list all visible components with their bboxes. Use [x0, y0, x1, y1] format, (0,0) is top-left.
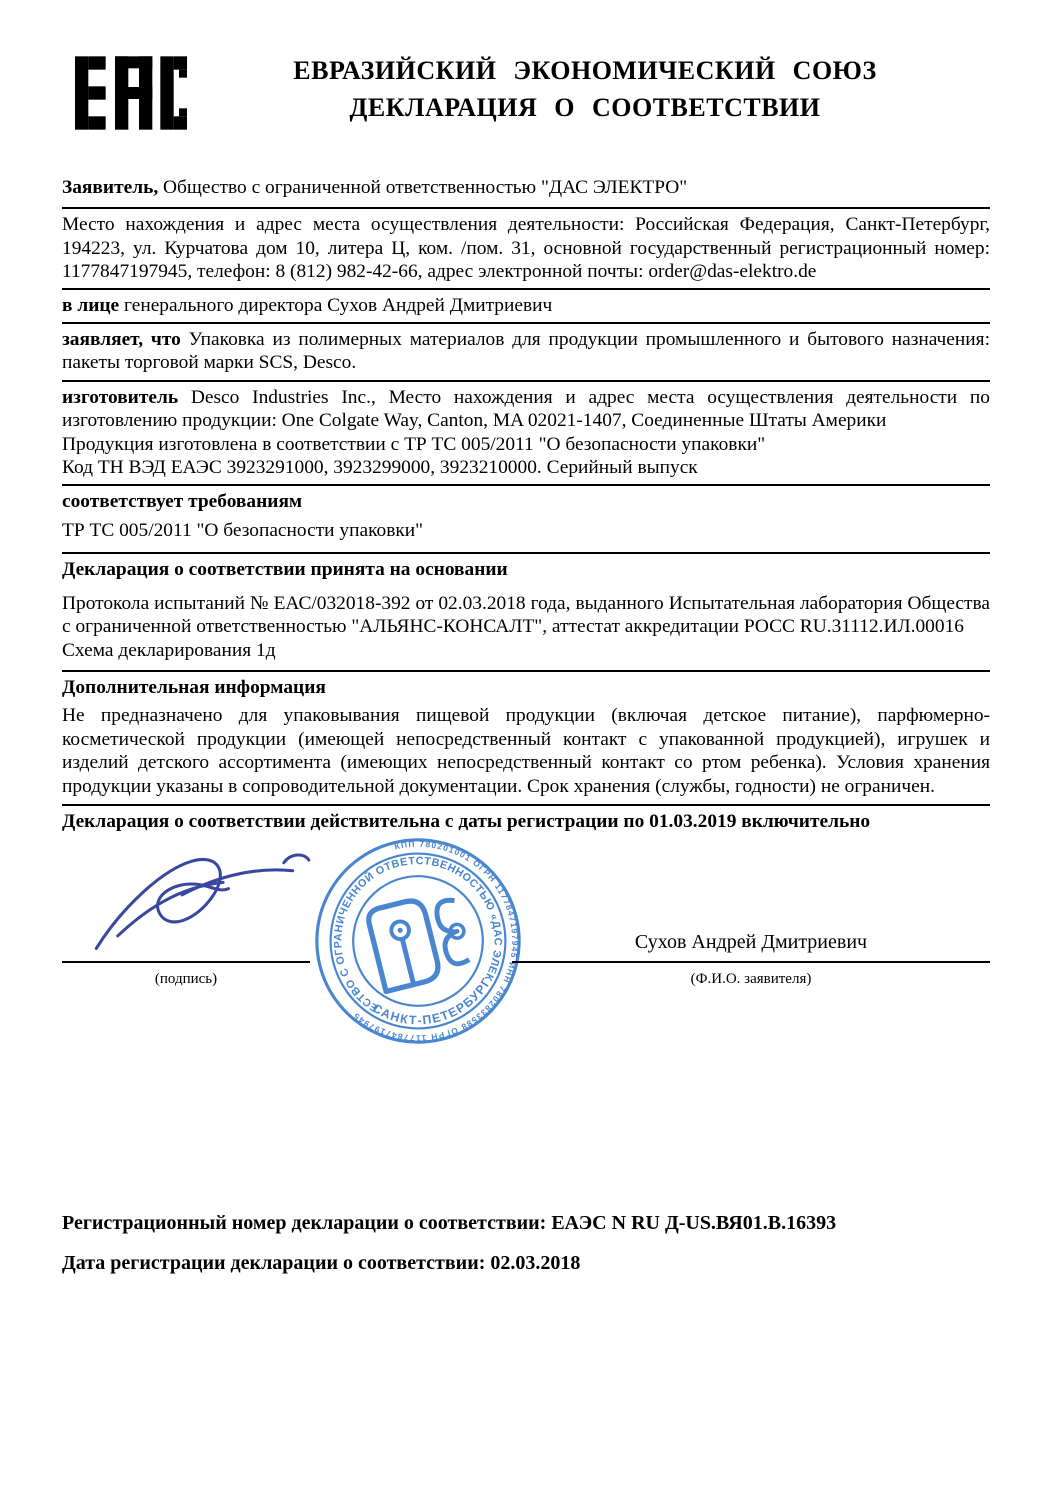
in-person-label: в лице [62, 295, 119, 316]
stamp-monogram-de [366, 890, 474, 992]
declaration-scheme: Схема декларирования 1д [62, 640, 276, 661]
declares-line: заявляет, что Упаковка из полимерных мат… [62, 328, 990, 375]
manufacturer-label: изготовитель [62, 387, 178, 408]
divider [62, 484, 990, 486]
manufacturer-value: Desco Industries Inc., Место нахождения … [62, 387, 990, 431]
in-person-value: генерального директора Сухов Андрей Дмит… [124, 295, 552, 316]
company-stamp: КПП 780201001 ОГРН 1177847197945 ИНН 780… [310, 833, 526, 1049]
registration-date-line: Дата регистрации декларации о соответств… [62, 1251, 990, 1275]
page-title: ЕВРАЗИЙСКИЙ ЭКОНОМИЧЕСКИЙ СОЮЗ ДЕКЛАРАЦИ… [62, 0, 990, 126]
applicant-address: Место нахождения и адрес места осуществл… [62, 213, 990, 283]
signature-zone: КПП 780201001 ОГРН 1177847197945 ИНН 780… [62, 839, 990, 1065]
validity-line: Декларация о соответствии действительна … [62, 810, 990, 833]
complies-heading: соответствует требованиям [62, 490, 990, 513]
manufacturer-block: изготовитель Desco Industries Inc., Мест… [62, 386, 990, 480]
applicant-line: Заявитель, Общество с ограниченной ответ… [62, 176, 990, 199]
eac-mark-icon [75, 42, 187, 144]
divider [62, 670, 990, 672]
divider [62, 804, 990, 806]
signature-line [62, 961, 310, 963]
signature-caption: (подпись) [62, 971, 310, 988]
additional-heading: Дополнительная информация [62, 676, 990, 699]
basis-block: Протокола испытаний № ЕАС/032018-392 от … [62, 592, 990, 662]
declaration-document: ЕВРАЗИЙСКИЙ ЭКОНОМИЧЕСКИЙ СОЮЗ ДЕКЛАРАЦИ… [62, 0, 990, 1275]
additional-text: Не предназначено для упаковывания пищево… [62, 704, 990, 798]
basis-heading: Декларация о соответствии принята на осн… [62, 558, 990, 581]
document-header: ЕВРАЗИЙСКИЙ ЭКОНОМИЧЕСКИЙ СОЮЗ ДЕКЛАРАЦИ… [62, 0, 990, 150]
divider [62, 288, 990, 290]
declares-label: заявляет, что [62, 329, 181, 350]
name-caption: (Ф.И.О. заявителя) [512, 971, 990, 988]
complies-value: ТР ТС 005/2011 "О безопасности упаковки" [62, 519, 990, 542]
title-line-2: ДЕКЛАРАЦИЯ О СООТВЕТСТВИИ [180, 89, 990, 126]
divider [62, 322, 990, 324]
applicant-label: Заявитель, [62, 177, 158, 198]
registration-footer: Регистрационный номер декларации о соотв… [62, 1211, 990, 1275]
name-line [512, 961, 990, 963]
manufactured-under: Продукция изготовлена в соответствии с Т… [62, 434, 765, 455]
declares-value: Упаковка из полимерных материалов для пр… [62, 329, 990, 373]
handwritten-signature [82, 843, 332, 961]
in-person-line: в лице генерального директора Сухов Андр… [62, 294, 990, 317]
tnved-codes: Код ТН ВЭД ЕАЭС 3923291000, 3923299000, … [62, 457, 698, 478]
divider [62, 552, 990, 554]
divider [62, 380, 990, 382]
basis-protocol: Протокола испытаний № ЕАС/032018-392 от … [62, 593, 990, 637]
registration-number-line: Регистрационный номер декларации о соотв… [62, 1211, 990, 1235]
divider [62, 207, 990, 209]
applicant-full-name: Сухов Андрей Дмитриевич [512, 931, 990, 954]
title-line-1: ЕВРАЗИЙСКИЙ ЭКОНОМИЧЕСКИЙ СОЮЗ [180, 52, 990, 89]
applicant-value: Общество с ограниченной ответственностью… [163, 177, 687, 198]
